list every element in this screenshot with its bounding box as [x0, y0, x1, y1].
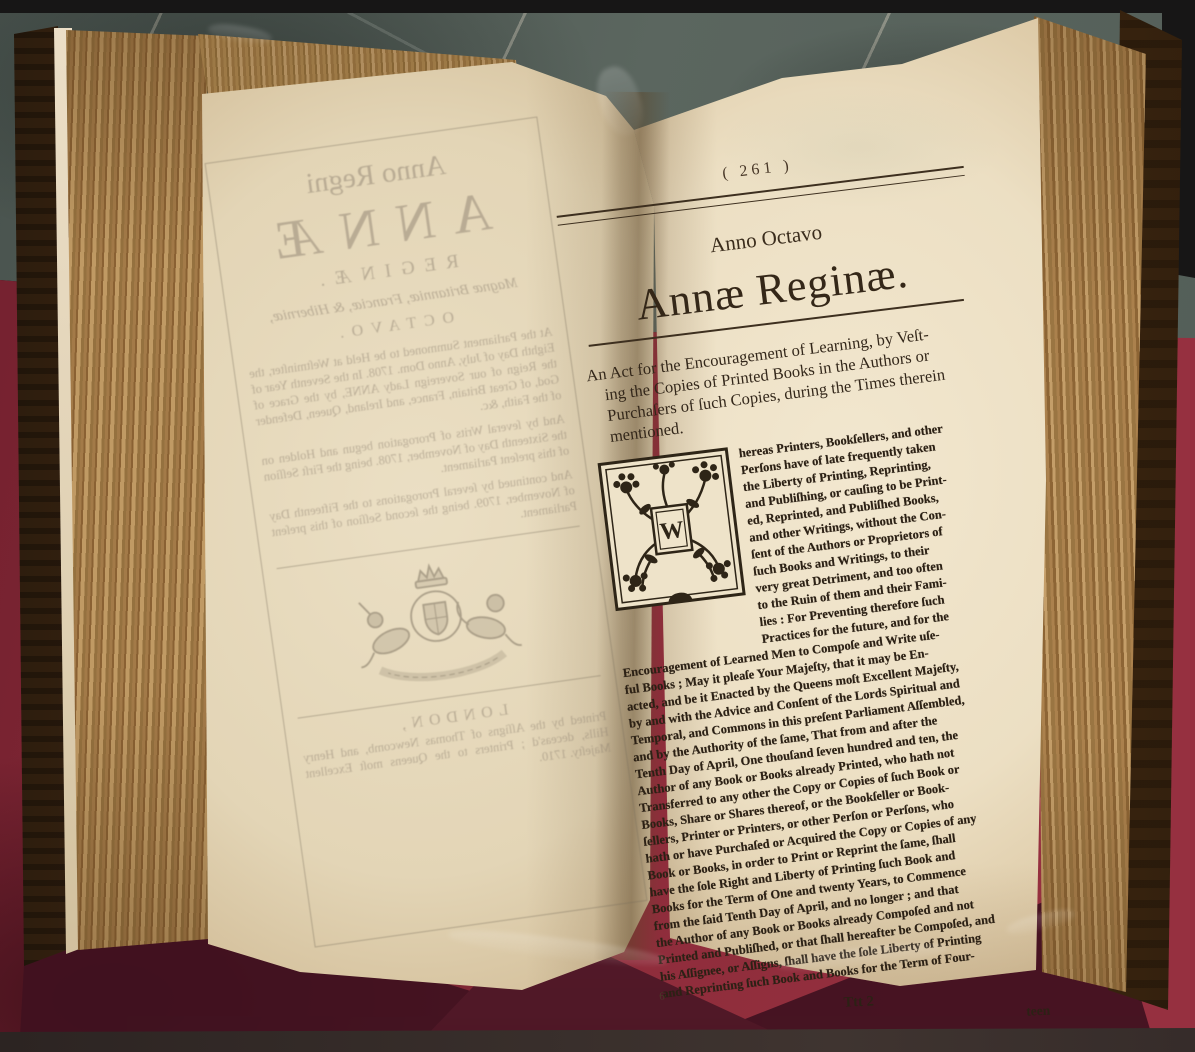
drop-cap-letter: W [658, 517, 685, 546]
photo-open-statute-book: Anno Regni ANNÆ REGINÆ. Magnæ Britanniæ,… [0, 0, 1195, 1052]
body-text-full-lines: Encouragement of Learned Men to Compoſe … [622, 618, 1051, 1003]
press-figure-mark: 6 [659, 991, 665, 1003]
body-text-indented-lines: hereas Printers, Bookſellers, and other … [738, 420, 967, 648]
royal-coat-of-arms-graphic [335, 543, 542, 706]
showthrough-annae: ANNÆ [252, 178, 513, 275]
woodcut-initial-block: W [597, 447, 746, 612]
